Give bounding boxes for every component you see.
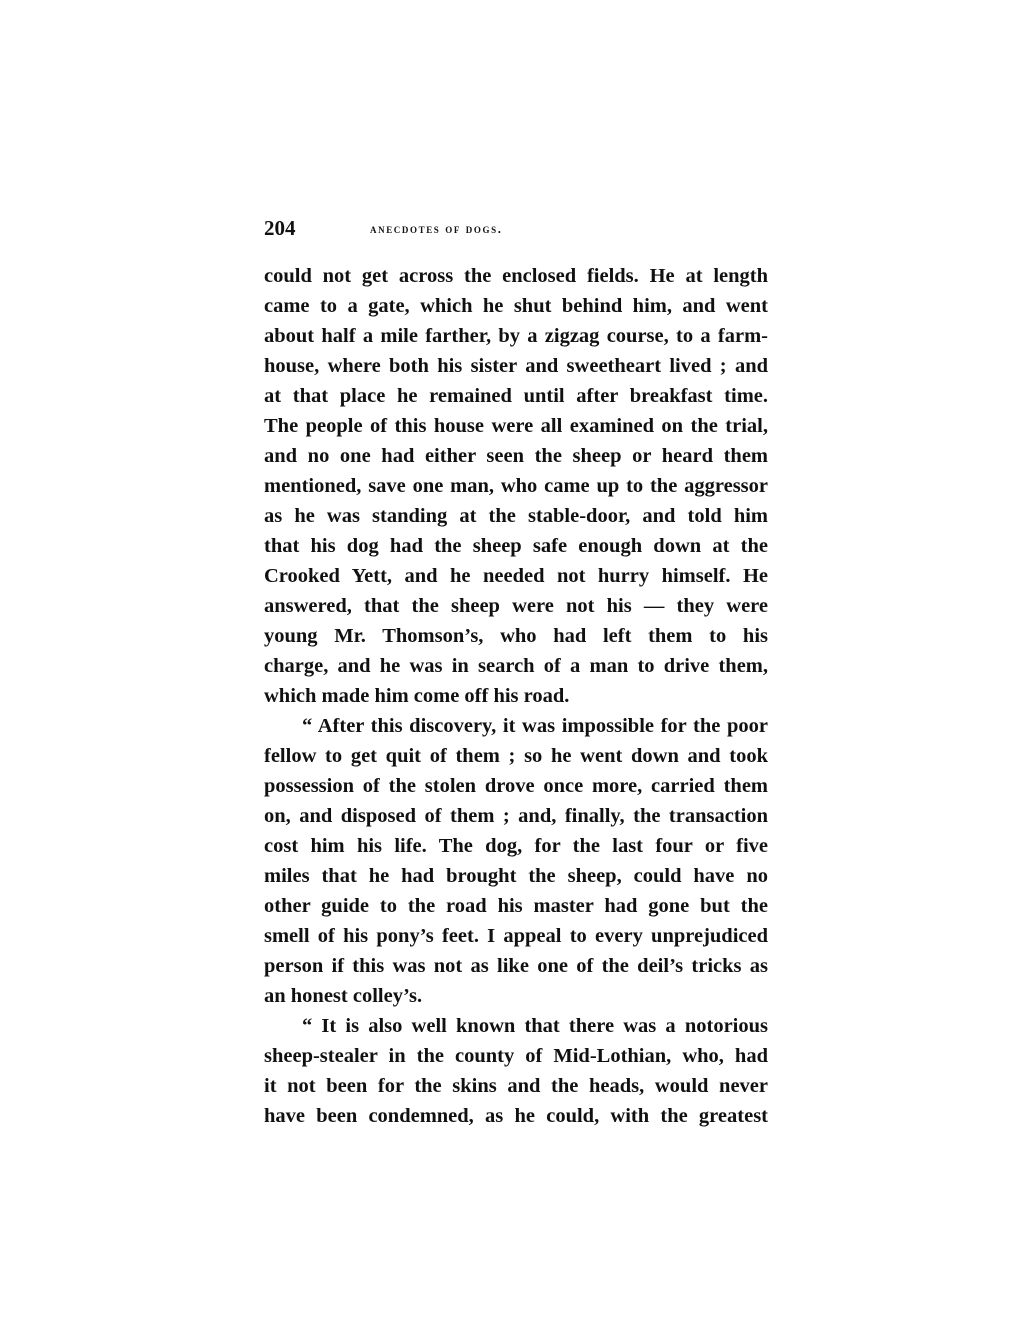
text-line: could not get across the enclosed fields… <box>264 261 768 291</box>
text-line: The people of this house were all examin… <box>264 411 768 441</box>
text-line: fellow to get quit of them ; so he went … <box>264 741 768 771</box>
text-line: other guide to the road his master had g… <box>264 891 768 921</box>
text-line: smell of his pony’s feet. I appeal to ev… <box>264 921 768 951</box>
text-line: an honest colley’s. <box>264 981 768 1011</box>
running-head: 204 ANECDOTES OF DOGS. <box>264 214 768 242</box>
running-title: ANECDOTES OF DOGS. <box>370 217 503 241</box>
paragraph-3: “ It is also well known that there was a… <box>264 1011 768 1131</box>
text-line: mentioned, save one man, who came up to … <box>264 471 768 501</box>
text-line: “ It is also well known that there was a… <box>264 1011 768 1041</box>
text-line: it not been for the skins and the heads,… <box>264 1071 768 1101</box>
text-line: as he was standing at the stable-door, a… <box>264 501 768 531</box>
paragraph-1: could not get across the enclosed fields… <box>264 261 768 711</box>
text-line: miles that he had brought the sheep, cou… <box>264 861 768 891</box>
text-line: that his dog had the sheep safe enough d… <box>264 531 768 561</box>
page-number: 204 <box>264 214 296 242</box>
text-line: on, and disposed of them ; and, finally,… <box>264 801 768 831</box>
text-line: house, where both his sister and sweethe… <box>264 351 768 381</box>
text-line: came to a gate, which he shut behind him… <box>264 291 768 321</box>
text-line: person if this was not as like one of th… <box>264 951 768 981</box>
paragraph-2: “ After this discovery, it was impossibl… <box>264 711 768 1011</box>
text-line: young Mr. Thomson’s, who had left them t… <box>264 621 768 651</box>
text-line: Crooked Yett, and he needed not hurry hi… <box>264 561 768 591</box>
book-page: 204 ANECDOTES OF DOGS. could not get acr… <box>264 214 768 1131</box>
text-line: cost him his life. The dog, for the last… <box>264 831 768 861</box>
body-text: could not get across the enclosed fields… <box>264 261 768 1131</box>
text-line: answered, that the sheep were not his — … <box>264 591 768 621</box>
text-line: sheep-stealer in the county of Mid-Lothi… <box>264 1041 768 1071</box>
text-line: have been condemned, as he could, with t… <box>264 1101 768 1131</box>
text-line: possession of the stolen drove once more… <box>264 771 768 801</box>
text-line: and no one had either seen the sheep or … <box>264 441 768 471</box>
text-line: “ After this discovery, it was impossibl… <box>264 711 768 741</box>
text-line: which made him come off his road. <box>264 681 768 711</box>
text-line: about half a mile farther, by a zigzag c… <box>264 321 768 351</box>
text-line: at that place he remained until after br… <box>264 381 768 411</box>
text-line: charge, and he was in search of a man to… <box>264 651 768 681</box>
